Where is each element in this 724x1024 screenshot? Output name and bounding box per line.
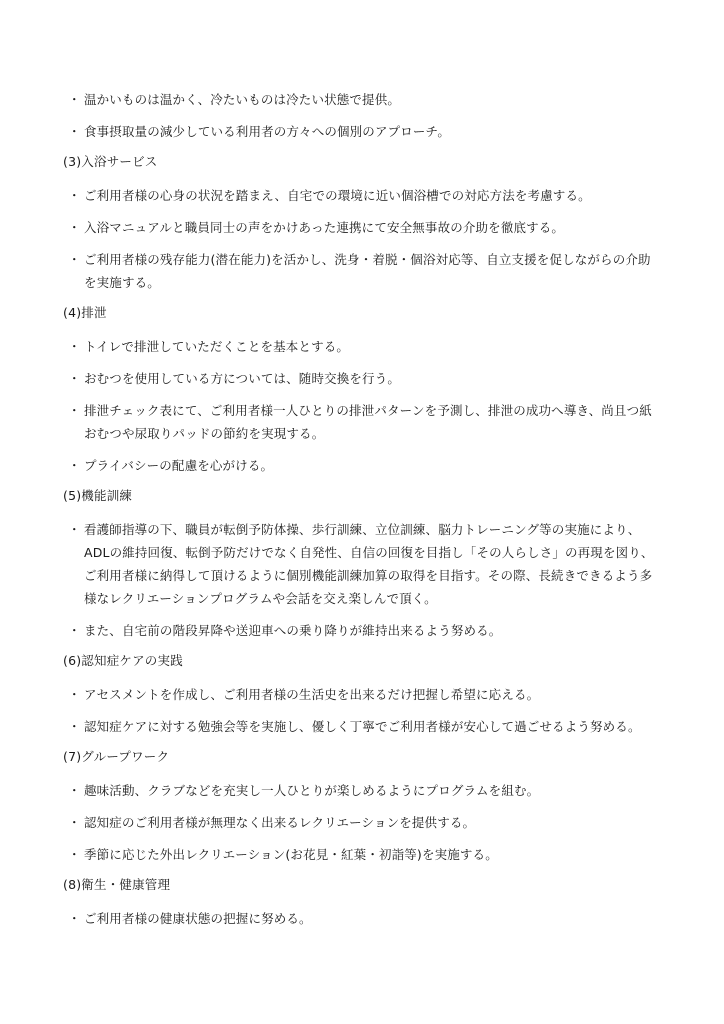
bullet-icon: ・ [68,335,78,358]
list-item: ・ 季節に応じた外出レクリエーション(お花見・紅葉・初詣等)を実施する。 [63,843,663,866]
list-item-text: また、自宅前の階段昇降や送迎車への乗り降りが維持出来るよう努める。 [84,619,663,642]
list-item-text: アセスメントを作成し、ご利用者様の生活史を出来るだけ把握し希望に応える。 [84,683,663,706]
list-item: ・ 認知症ケアに対する勉強会等を実施し、優しく丁寧でご利用者様が安心して過ごせる… [63,715,663,738]
list-item-text: 排泄チェック表にて、ご利用者様一人ひとりの排泄パターンを予測し、排泄の成功へ導き… [84,399,663,445]
bullet-icon: ・ [68,399,78,422]
list-item: ・ 看護師指導の下、職員が転倒予防体操、歩行訓練、立位訓練、脳力トレーニング等の… [63,518,663,610]
bullet-icon: ・ [68,715,78,738]
list-item: ・ 趣味活動、クラブなどを充実し一人ひとりが楽しめるようにプログラムを組む。 [63,779,663,802]
bullet-icon: ・ [68,184,78,207]
section-heading-functional-training: (5)機能訓練 [63,486,663,505]
list-item: ・ ご利用者様の残存能力(潜在能力)を活かし、洗身・着脱・個浴対応等、自立支援を… [63,248,663,294]
list-item: ・ ご利用者様の健康状態の把握に努める。 [63,907,663,930]
list-item-text: トイレで排泄していただくことを基本とする。 [84,335,663,358]
list-item: ・ 食事摂取量の減少している利用者の方々への個別のアプローチ。 [63,120,663,143]
list-item-text: ご利用者様の健康状態の把握に努める。 [84,907,663,930]
list-item-text: 認知症のご利用者様が無理なく出来るレクリエーションを提供する。 [84,811,663,834]
list-item: ・ アセスメントを作成し、ご利用者様の生活史を出来るだけ把握し希望に応える。 [63,683,663,706]
list-item: ・ 排泄チェック表にて、ご利用者様一人ひとりの排泄パターンを予測し、排泄の成功へ… [63,399,663,445]
bullet-icon: ・ [68,216,78,239]
list-item: ・ 認知症のご利用者様が無理なく出来るレクリエーションを提供する。 [63,811,663,834]
document-content: ・ 温かいものは温かく、冷たいものは冷たい状態で提供。 ・ 食事摂取量の減少して… [63,88,663,939]
section-heading-hygiene-health: (8)衛生・健康管理 [63,875,663,894]
bullet-icon: ・ [68,248,78,271]
list-item-text: 趣味活動、クラブなどを充実し一人ひとりが楽しめるようにプログラムを組む。 [84,779,663,802]
list-item-text: 看護師指導の下、職員が転倒予防体操、歩行訓練、立位訓練、脳力トレーニング等の実施… [84,518,663,610]
list-item-text: 入浴マニュアルと職員同士の声をかけあった連携にて安全無事故の介助を徹底する。 [84,216,663,239]
list-item: ・ おむつを使用している方については、随時交換を行う。 [63,367,663,390]
list-item: ・ また、自宅前の階段昇降や送迎車への乗り降りが維持出来るよう努める。 [63,619,663,642]
section-heading-excretion: (4)排泄 [63,303,663,322]
list-item-text: 食事摂取量の減少している利用者の方々への個別のアプローチ。 [84,120,663,143]
section-heading-group-work: (7)グループワーク [63,747,663,766]
list-item-text: ご利用者様の残存能力(潜在能力)を活かし、洗身・着脱・個浴対応等、自立支援を促し… [84,248,663,294]
list-item-text: 季節に応じた外出レクリエーション(お花見・紅葉・初詣等)を実施する。 [84,843,663,866]
list-item-text: 温かいものは温かく、冷たいものは冷たい状態で提供。 [84,88,663,111]
bullet-icon: ・ [68,683,78,706]
bullet-icon: ・ [68,454,78,477]
bullet-icon: ・ [68,120,78,143]
list-item-text: プライバシーの配慮を心がける。 [84,454,663,477]
bullet-icon: ・ [68,619,78,642]
list-item: ・ プライバシーの配慮を心がける。 [63,454,663,477]
list-item: ・ ご利用者様の心身の状況を踏まえ、自宅での環境に近い個浴槽での対応方法を考慮す… [63,184,663,207]
list-item-text: おむつを使用している方については、随時交換を行う。 [84,367,663,390]
bullet-icon: ・ [68,843,78,866]
list-item: ・ 入浴マニュアルと職員同士の声をかけあった連携にて安全無事故の介助を徹底する。 [63,216,663,239]
list-item-text: ご利用者様の心身の状況を踏まえ、自宅での環境に近い個浴槽での対応方法を考慮する。 [84,184,663,207]
list-item: ・ トイレで排泄していただくことを基本とする。 [63,335,663,358]
bullet-icon: ・ [68,518,78,541]
list-item: ・ 温かいものは温かく、冷たいものは冷たい状態で提供。 [63,88,663,111]
bullet-icon: ・ [68,88,78,111]
section-heading-dementia-care: (6)認知症ケアの実践 [63,651,663,670]
document-page: ・ 温かいものは温かく、冷たいものは冷たい状態で提供。 ・ 食事摂取量の減少して… [0,0,724,1024]
bullet-icon: ・ [68,367,78,390]
bullet-icon: ・ [68,811,78,834]
bullet-icon: ・ [68,907,78,930]
section-heading-bathing: (3)入浴サービス [63,152,663,171]
list-item-text: 認知症ケアに対する勉強会等を実施し、優しく丁寧でご利用者様が安心して過ごせるよう… [84,715,663,738]
bullet-icon: ・ [68,779,78,802]
